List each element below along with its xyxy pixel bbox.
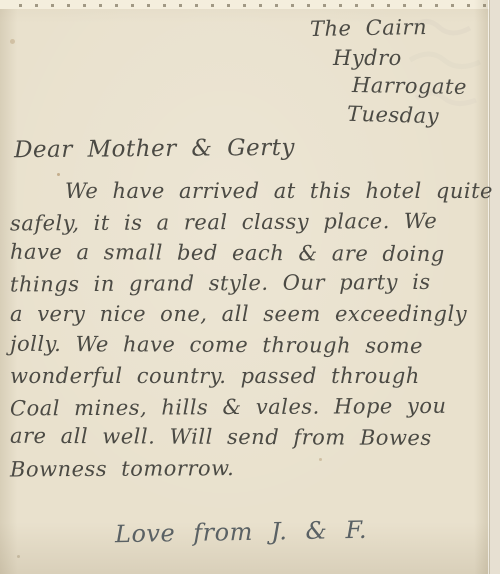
letter-line: jolly. We have come through some <box>10 329 492 362</box>
letter-line: are all well. Will send from Bowes <box>10 421 492 454</box>
letter-body: We have arrived at this hotel quite safe… <box>10 176 492 484</box>
address-line-hotel: The Cairn <box>310 15 427 41</box>
letter-scan: The Cairn Hydro Harrogate Tuesday Dear M… <box>0 0 500 574</box>
signature: Love from J. & F. <box>115 516 367 548</box>
address-line-hydro: Hydro <box>333 46 402 70</box>
address-line-town: Harrogate <box>352 73 467 99</box>
letter-line: have a small bed each & are doing <box>10 236 492 269</box>
letter-line: safely, it is a real classy place. We <box>10 205 492 239</box>
letter-line: wonderful country. passed through <box>10 361 492 392</box>
perforation-edge <box>6 4 494 7</box>
greeting: Dear Mother & Gerty <box>14 135 295 163</box>
letter-line: things in grand style. Our party is <box>10 267 492 301</box>
letter-line: We have arrived at this hotel quite <box>10 176 492 207</box>
letter-line: Bowness tomorrow. <box>10 452 492 486</box>
address-line-day: Tuesday <box>347 102 440 128</box>
letter-line: Coal mines, hills & vales. Hope you <box>10 390 492 424</box>
letter-line: a very nice one, all seem exceedingly <box>10 299 492 330</box>
